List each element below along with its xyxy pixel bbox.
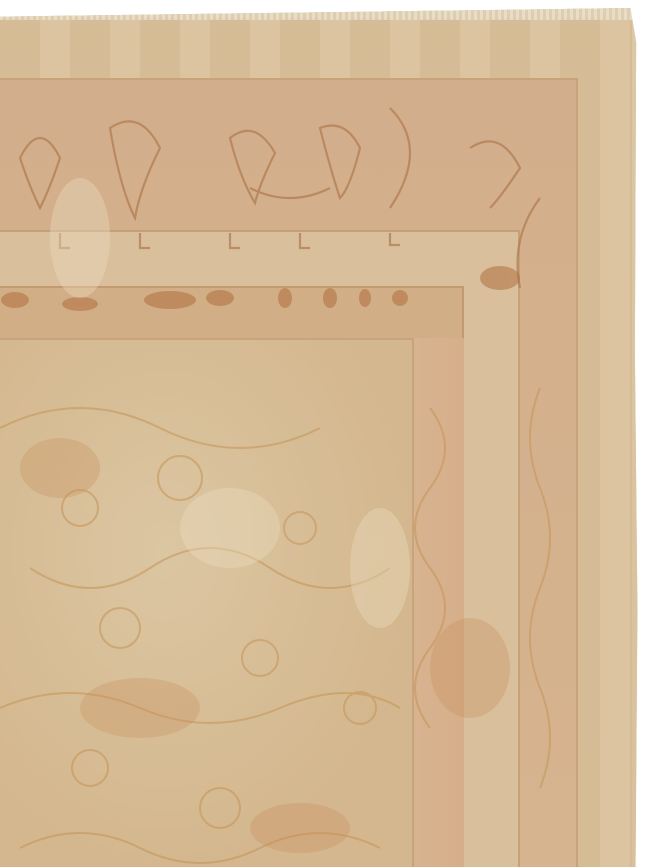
rug-motifs (0, 8, 640, 867)
photo-canvas (0, 0, 650, 867)
rug (0, 8, 640, 867)
